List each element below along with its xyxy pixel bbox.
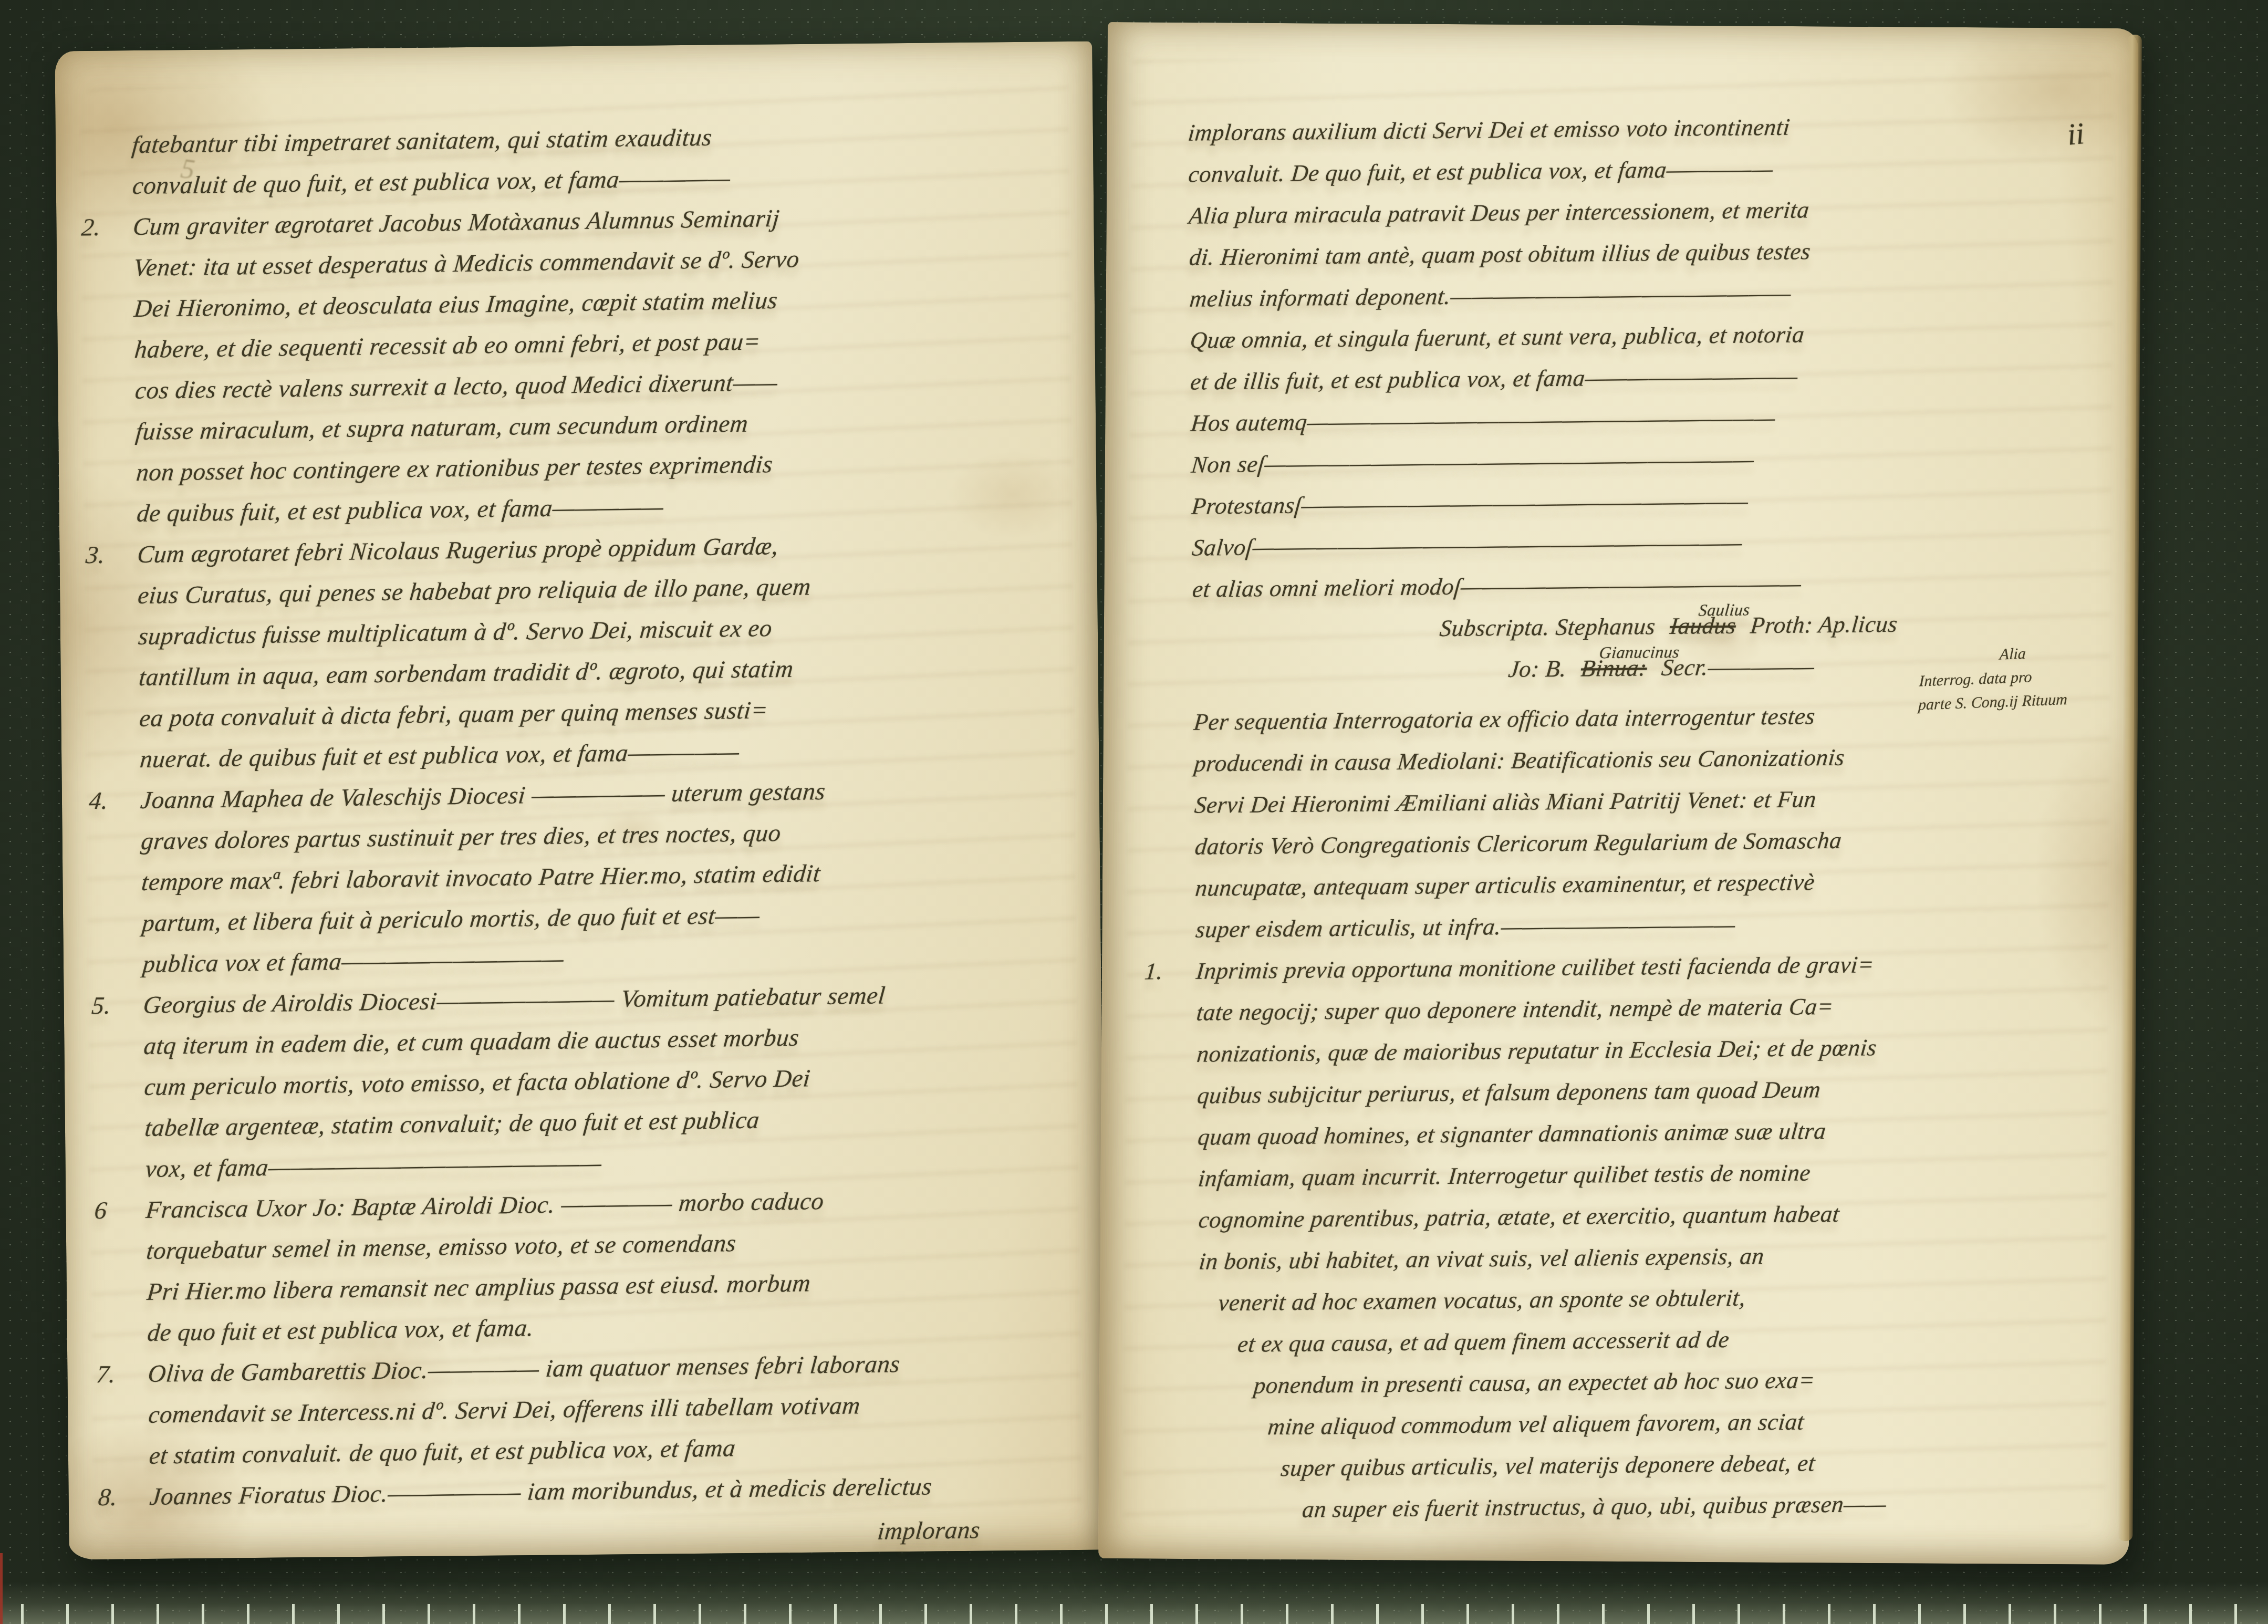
line-text: super quibus articulis, vel materijs dep… xyxy=(1279,1450,1816,1481)
line-text: implorans auxilium dicti Servi Dei et em… xyxy=(1187,114,1792,146)
left-page: 5 fatebantur tibi impetraret sanitatem, … xyxy=(55,41,1106,1560)
manuscript-line: cognomine parentibus, patria, ætate, et … xyxy=(1197,1191,2041,1241)
line-text: Venet: ita ut esset desperatus à Medicis… xyxy=(132,245,800,282)
right-page-lines-lower: Per sequentia Interrogatoria ex officio … xyxy=(1194,693,2042,1531)
line-text: Hos autemq—————————————————————— xyxy=(1190,404,1776,436)
right-page-text: implorans auxilium dicti Servi Dei et em… xyxy=(1188,104,2042,1531)
folio-number: ii xyxy=(2065,116,2086,152)
subscription-text: Jo: B. xyxy=(1507,655,1568,682)
line-text: quibus subijcitur periurus, et falsum de… xyxy=(1196,1076,1822,1108)
manuscript-line: Protestansſ————————————————————— xyxy=(1190,477,2034,527)
manuscript-line: Alia plura miracula patravit Deus per in… xyxy=(1187,187,2031,236)
line-text: ponendum in presenti causa, an expectet … xyxy=(1253,1367,1816,1398)
line-text: Dei Hieronimo, et deosculata eius Imagin… xyxy=(133,287,779,322)
line-text: convaluit. De quo fuit, et est publica v… xyxy=(1188,155,1775,188)
line-text: venerit ad hoc examen vocatus, an sponte… xyxy=(1217,1285,1747,1316)
line-text: cognomine parentibus, patria, ætate, et … xyxy=(1198,1201,1841,1233)
line-text: eius Curatus, qui penes se habebat pro r… xyxy=(137,573,812,609)
interlinear-correction: Gianucinus xyxy=(1597,631,1681,674)
item-number: 8. xyxy=(96,1477,119,1518)
manuscript-line: Per sequentia Interrogatoria ex officio … xyxy=(1192,693,2036,743)
manuscript-line: mine aliquod commodum vel aliquem favore… xyxy=(1266,1399,2043,1448)
line-text: Francisca Uxor Jo: Baptæ Airoldi Dioc. —… xyxy=(145,1188,826,1224)
item-number: 5. xyxy=(90,985,112,1027)
line-text: partum, et libera fuit à periculo mortis… xyxy=(141,902,761,937)
manuscript-line: datoris Verò Congregationis Clericorum R… xyxy=(1193,818,2037,867)
manuscript-line: Non seſ——————————————————————— xyxy=(1189,436,2033,485)
line-text: super eisdem articulis, ut infra.———————… xyxy=(1194,911,1736,943)
line-text: nuerat. de quibus fuit et est publica vo… xyxy=(139,738,741,773)
line-text: Cum graviter ægrotaret Jacobus Motàxanus… xyxy=(132,205,781,241)
line-text: datoris Verò Congregationis Clericorum R… xyxy=(1194,827,1843,860)
line-text: producendi in causa Mediolani: Beatifica… xyxy=(1193,744,1846,777)
line-text: nonizationis, quæ de maioribus reputatur… xyxy=(1196,1034,1878,1067)
manuscript-line: producendi in causa Mediolani: Beatifica… xyxy=(1192,735,2036,784)
manuscript-line: tate negocij; super quo deponere intendi… xyxy=(1194,984,2038,1033)
item-number: 1. xyxy=(1143,951,1165,992)
manuscript-line: quibus subijcitur periurus, et falsum de… xyxy=(1195,1067,2040,1116)
item-number: 2. xyxy=(80,207,102,248)
manuscript-line: melius informati deponent.——————————————… xyxy=(1188,270,2032,319)
line-text: Joannes Fioratus Dioc.—————— iam moribun… xyxy=(149,1473,933,1511)
line-text: mine aliquod commodum vel aliquem favore… xyxy=(1266,1409,1805,1440)
line-text: ea pota convaluit à dicta febri, quam pe… xyxy=(138,696,769,732)
line-text: Cum ægrotaret febri Nicolaus Rugerius pr… xyxy=(136,533,779,568)
manuscript-scan: 5 fatebantur tibi impetraret sanitatem, … xyxy=(0,0,2268,1624)
line-text: fatebantur tibi impetraret sanitatem, qu… xyxy=(131,124,713,159)
line-text: nuncupatæ, antequam super articulis exam… xyxy=(1194,869,1816,901)
line-text: Quæ omnia, et singula fuerunt, et sunt v… xyxy=(1189,321,1806,353)
subscription-title: Proth: Ap.licus xyxy=(1749,611,1899,639)
manuscript-line: convaluit. De quo fuit, et est publica v… xyxy=(1187,145,2031,195)
manuscript-line: super eisdem articulis, ut infra.———————… xyxy=(1194,901,2038,950)
manuscript-line: venerit ad hoc examen vocatus, an sponte… xyxy=(1216,1274,2042,1324)
line-text: de quo fuit et est publica vox, et fama. xyxy=(147,1314,535,1347)
item-number: 6 xyxy=(92,1190,109,1231)
manuscript-line: di. Hieronimi tam antè, quam post obitum… xyxy=(1188,228,2032,278)
line-text: in bonis, ubi habitet, an vivat suis, ve… xyxy=(1198,1243,1765,1274)
line-text: Joanna Maphea de Valeschijs Diocesi ————… xyxy=(139,778,827,814)
line-text: Non seſ——————————————————————— xyxy=(1190,446,1755,477)
manuscript-line: implorans auxilium dicti Servi Dei et em… xyxy=(1186,104,2030,153)
manuscript-line: Salvoſ——————————————————————— xyxy=(1190,519,2034,568)
item-number: 7. xyxy=(95,1354,117,1396)
line-text: melius informati deponent.——————————————… xyxy=(1189,280,1793,312)
ruler-scale xyxy=(0,1582,2268,1624)
line-text: Servi Dei Hieronimi Æmiliani aliàs Miani… xyxy=(1193,786,1817,818)
line-text: habere, et die sequenti recessit ab eo o… xyxy=(133,328,762,363)
line-text: publica vox et fama—————————— xyxy=(141,945,565,978)
manuscript-line: infamiam, quam incurrit. Interrogetur qu… xyxy=(1197,1150,2041,1199)
manuscript-line: ponendum in presenti causa, an expectet … xyxy=(1252,1357,2042,1406)
line-text: non posset hoc contingere ex rationibus … xyxy=(135,451,774,486)
line-text: Georgius de Airoldis Diocesi———————— Vom… xyxy=(142,982,886,1019)
line-text: cos dies rectè valens surrexit a lecto, … xyxy=(134,369,779,404)
line-text: de quibus fuit, et est publica vox, et f… xyxy=(136,493,665,527)
ruler-ticks xyxy=(21,1604,2268,1624)
line-text: di. Hieronimi tam antè, quam post obitum… xyxy=(1188,238,1812,270)
manuscript-line: quam quoad homines, et signanter damnati… xyxy=(1196,1108,2040,1158)
line-text: torquebatur semel in mense, emisso voto,… xyxy=(145,1230,737,1265)
manuscript-line: nuncupatæ, antequam super articulis exam… xyxy=(1193,859,2037,909)
line-text: fuisse miraculum, et supra naturam, cum … xyxy=(134,410,750,445)
line-text: vox, et fama——————————————— xyxy=(144,1150,602,1183)
line-text: tantillum in aqua, eam sorbendam tradidi… xyxy=(138,655,795,691)
line-text: Pri Hier.mo libera remansit nec amplius … xyxy=(146,1269,812,1306)
interlinear-correction: Saulius xyxy=(1697,589,1752,631)
line-text: tate negocij; super quo deponere intendi… xyxy=(1195,993,1835,1026)
manuscript-line: et alias omni meliori modoſ—————————————… xyxy=(1191,560,2035,610)
item-number: 4. xyxy=(87,780,110,822)
line-text: Protestansſ————————————————————— xyxy=(1191,487,1750,519)
manuscript-line: Servi Dei Hieronimi Æmiliani aliàs Miani… xyxy=(1193,776,2037,826)
line-text: an super eis fuerit instructus, à quo, u… xyxy=(1301,1491,1888,1523)
line-text: et statim convaluit. de quo fuit, et est… xyxy=(148,1434,737,1470)
line-text: Salvoſ——————————————————————— xyxy=(1191,529,1743,561)
margin-note: Alia Interrog. data pro parte S. Cong.ij… xyxy=(1918,637,2161,717)
manuscript-line: in bonis, ubi habitet, an vivat suis, ve… xyxy=(1197,1233,2041,1282)
line-text: comendavit se Intercess.ni dº. Servi Dei… xyxy=(148,1392,862,1429)
line-text: infamiam, quam incurrit. Interrogetur qu… xyxy=(1197,1159,1812,1191)
line-text: tabellæ argenteæ, statim convaluit; de q… xyxy=(143,1107,761,1142)
line-text: quam quoad homines, et signanter damnati… xyxy=(1197,1118,1827,1150)
left-page-lines: fatebantur tibi impetraret sanitatem, qu… xyxy=(132,113,1043,1517)
line-text: Oliva de Gambarettis Dioc.————— iam quat… xyxy=(147,1350,901,1388)
subscription-line-secretary: Jo: B. Binua: Gianucinus Secr.————— xyxy=(1191,643,2035,693)
right-page: ii implorans auxilium dicti Servi Dei et… xyxy=(1098,22,2138,1565)
manuscript-line: 1. Inprimis previa opportuna monitione c… xyxy=(1194,942,2038,992)
manuscript-line: et de illis fuit, et est publica vox, et… xyxy=(1189,353,2033,402)
left-page-text: fatebantur tibi impetraret sanitatem, qu… xyxy=(132,113,1044,1561)
line-text: et ex qua causa, et ad quem finem access… xyxy=(1236,1326,1731,1357)
manuscript-line: an super eis fuerit instructus, à quo, u… xyxy=(1301,1482,2044,1531)
item-number: 3. xyxy=(84,535,107,576)
line-text: convaluit de quo fuit, et est publica vo… xyxy=(131,164,732,200)
line-text: et de illis fuit, et est publica vox, et… xyxy=(1189,363,1799,395)
manuscript-line: Hos autemq—————————————————————— xyxy=(1189,394,2033,444)
line-text: atq iterum in eadem die, et cum quadam d… xyxy=(142,1024,800,1060)
manuscript-line: et ex qua causa, et ad quem finem access… xyxy=(1236,1316,2042,1365)
subscription-title: Secr.————— xyxy=(1660,653,1816,681)
line-text: cum periculo mortis, voto emisso, et fac… xyxy=(143,1065,812,1101)
line-text: Per sequentia Interrogatoria ex officio … xyxy=(1193,703,1816,735)
manuscript-line: Quæ omnia, et singula fuerunt, et sunt v… xyxy=(1188,311,2032,361)
line-text: tempore maxª. febri laboravit invocato P… xyxy=(140,860,821,896)
line-text: Alia plura miracula patravit Deus per in… xyxy=(1188,196,1811,228)
line-text: supradictus fuisse multiplicatum à dº. S… xyxy=(137,615,773,650)
subscription-block: Subscripta. Stephanus Iaudus Saulius Pro… xyxy=(1193,602,2034,693)
manuscript-line: super quibus articulis, vel materijs dep… xyxy=(1279,1440,2043,1489)
line-text: graves dolores partus sustinuit per tres… xyxy=(140,819,782,855)
line-text: Inprimis previa opportuna monitione cuil… xyxy=(1195,951,1875,984)
scan-edge-artifact xyxy=(0,1553,3,1624)
right-page-lines-upper: implorans auxilium dicti Servi Dei et em… xyxy=(1188,104,2033,610)
manuscript-line: nonizationis, quæ de maioribus reputatur… xyxy=(1195,1025,2039,1075)
